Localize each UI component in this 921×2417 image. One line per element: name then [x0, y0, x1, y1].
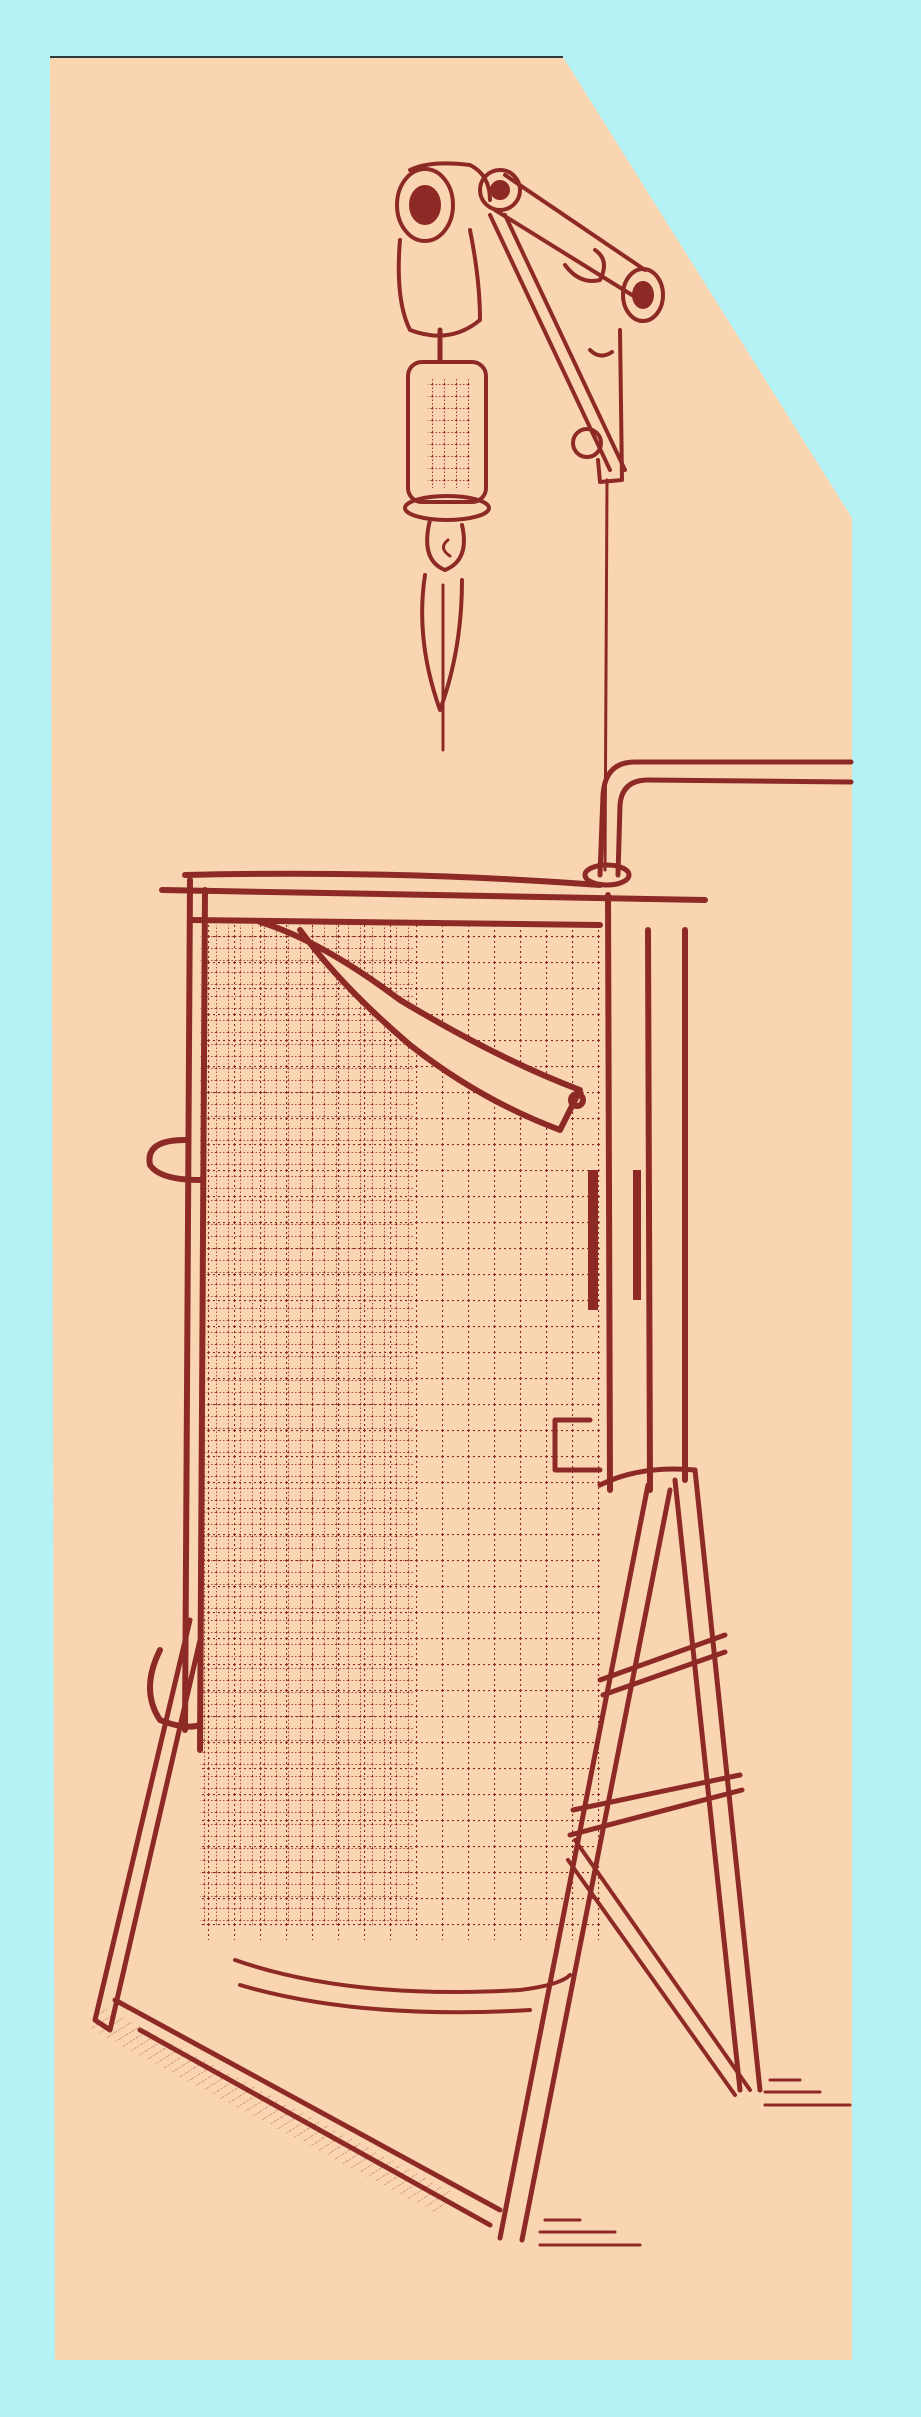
illustration — [0, 0, 921, 2417]
